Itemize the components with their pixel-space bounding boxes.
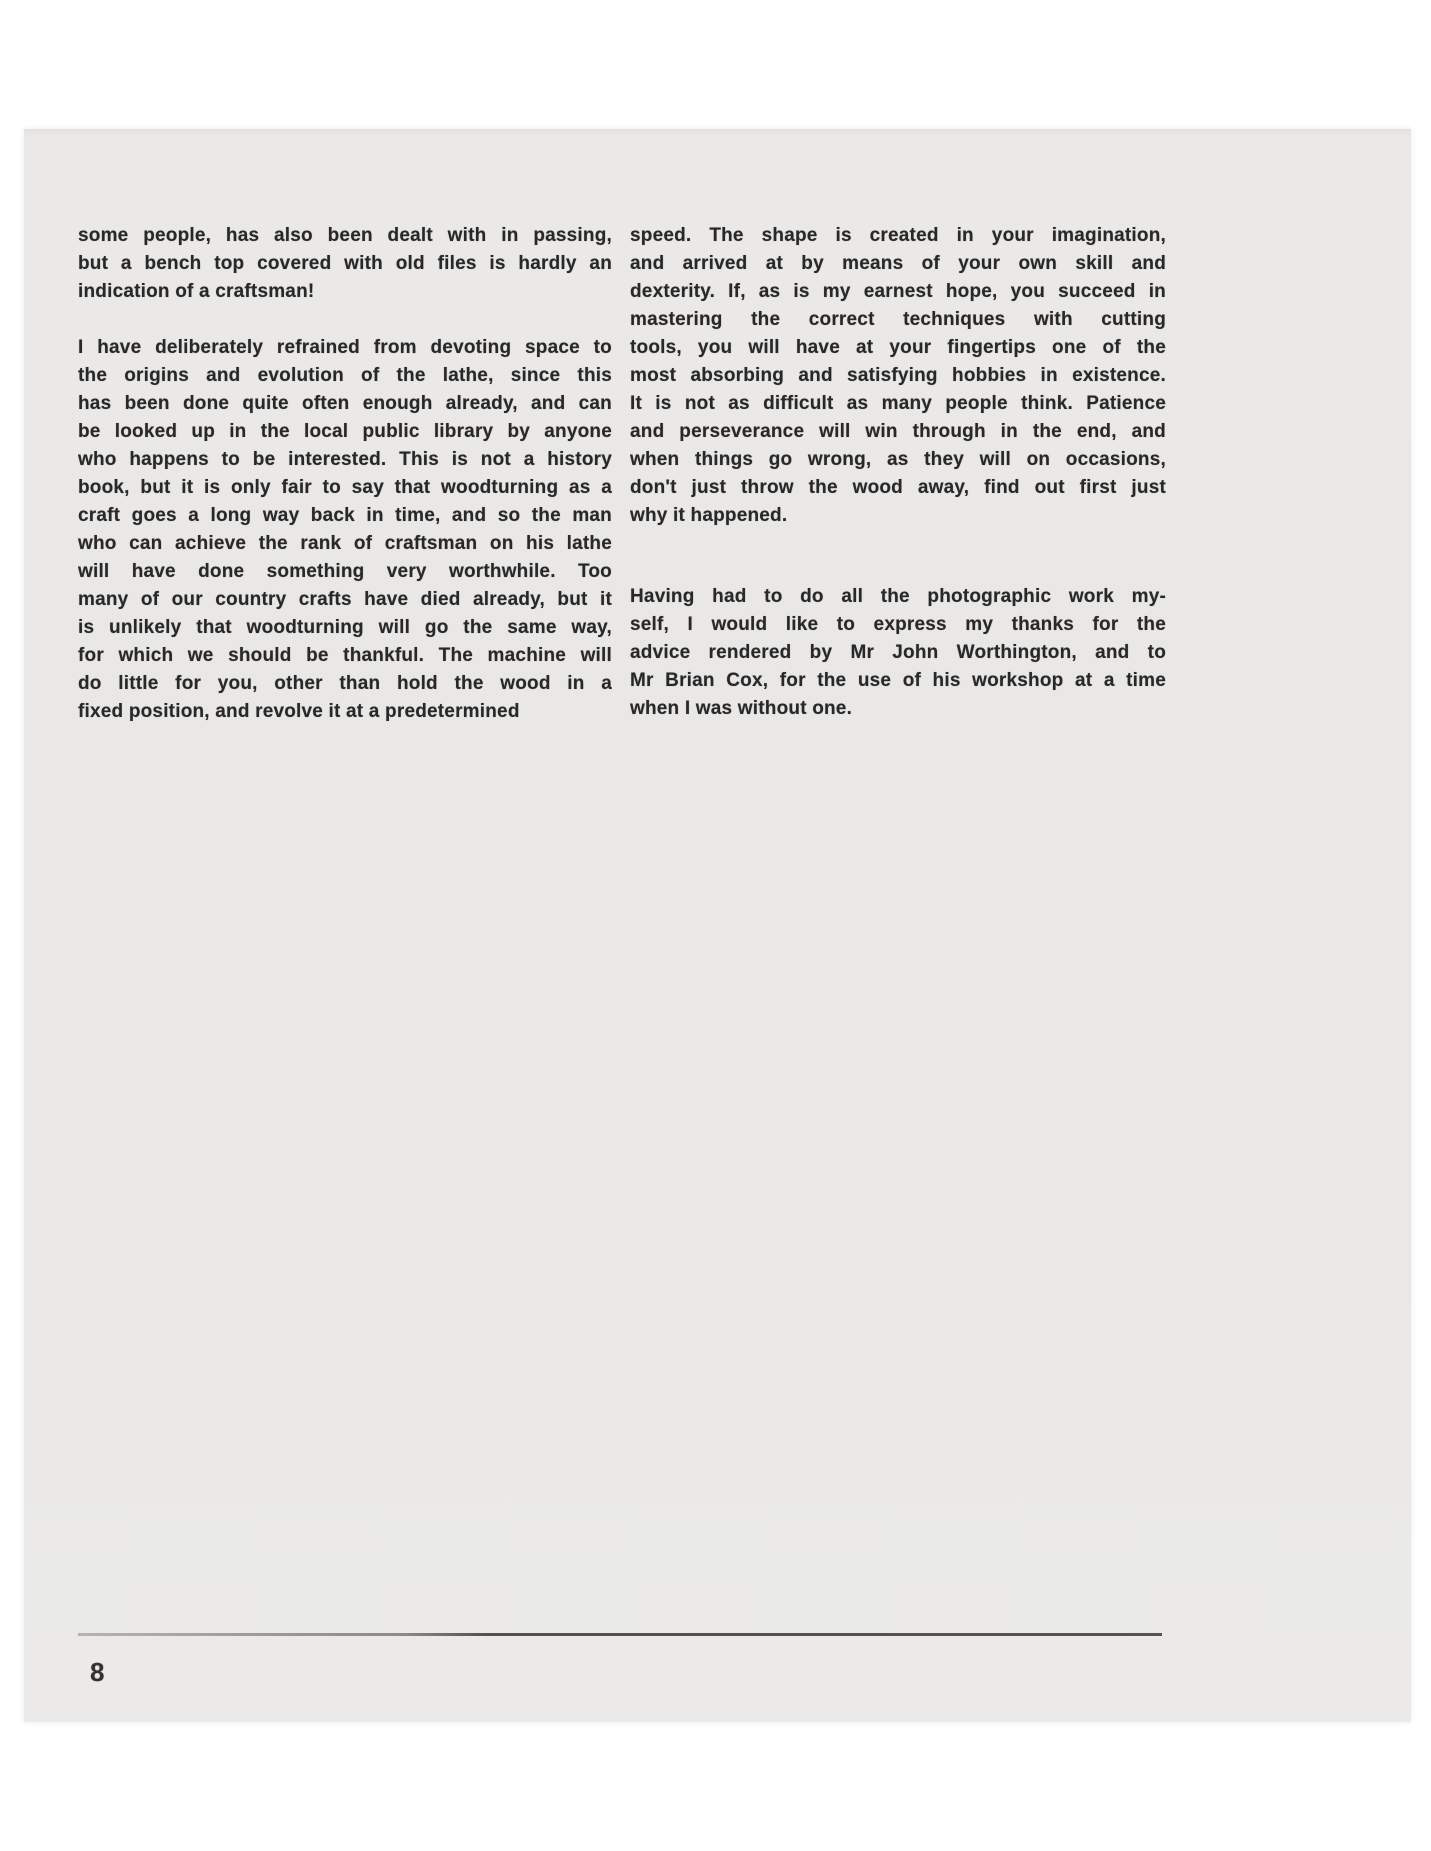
- text-line: and arrived at by means of your own skil…: [630, 250, 1166, 278]
- text-line: craft goes a long way back in time, and …: [78, 502, 612, 530]
- text-line: Having had to do all the photographic wo…: [630, 583, 1166, 611]
- text-line: be looked up in the local public library…: [78, 418, 612, 446]
- text-line: do little for you, other than hold the w…: [78, 670, 612, 698]
- text-line: when things go wrong, as they will on oc…: [630, 446, 1166, 474]
- text-line: many of our country crafts have died alr…: [78, 586, 612, 614]
- text-column-left: some people, has also been dealt with in…: [78, 222, 612, 726]
- text-line: speed. The shape is created in your imag…: [630, 222, 1166, 250]
- text-line: is unlikely that woodturning will go the…: [78, 614, 612, 642]
- page-number: 8: [90, 1657, 104, 1688]
- text-line: for which we should be thankful. The mac…: [78, 642, 612, 670]
- text-line: indication of a craftsman!: [78, 278, 612, 306]
- paragraph: speed. The shape is created in your imag…: [630, 222, 1166, 530]
- text-line: I have deliberately refrained from devot…: [78, 334, 612, 362]
- text-line: the origins and evolution of the lathe, …: [78, 362, 612, 390]
- book-page: some people, has also been dealt with in…: [24, 129, 1411, 1722]
- text-line: advice rendered by Mr John Worthington, …: [630, 639, 1166, 667]
- paragraph: I have deliberately refrained from devot…: [78, 334, 612, 726]
- scanned-book-page-background: some people, has also been dealt with in…: [0, 0, 1431, 1851]
- text-line: self, I would like to express my thanks …: [630, 611, 1166, 639]
- text-line: some people, has also been dealt with in…: [78, 222, 612, 250]
- text-line: fixed position, and revolve it at a pred…: [78, 698, 612, 726]
- text-line: will have done something very worthwhile…: [78, 558, 612, 586]
- text-line: and perseverance will win through in the…: [630, 418, 1166, 446]
- text-line: Mr Brian Cox, for the use of his worksho…: [630, 667, 1166, 695]
- text-line: but a bench top covered with old files i…: [78, 250, 612, 278]
- text-line: most absorbing and satisfying hobbies in…: [630, 362, 1166, 390]
- text-line: mastering the correct techniques with cu…: [630, 306, 1166, 334]
- text-line: why it happened.: [630, 502, 1166, 530]
- text-line: tools, you will have at your fingertips …: [630, 334, 1166, 362]
- text-line: don't just throw the wood away, find out…: [630, 474, 1166, 502]
- footer-rule: [78, 1633, 1162, 1636]
- paragraph: Having had to do all the photographic wo…: [630, 583, 1166, 723]
- text-line: dexterity. If, as is my earnest hope, yo…: [630, 278, 1166, 306]
- text-line: who happens to be interested. This is no…: [78, 446, 612, 474]
- text-line: when I was without one.: [630, 695, 1166, 723]
- text-line: It is not as difficult as many people th…: [630, 390, 1166, 418]
- text-line: who can achieve the rank of craftsman on…: [78, 530, 612, 558]
- paragraph: some people, has also been dealt with in…: [78, 222, 612, 306]
- text-line: book, but it is only fair to say that wo…: [78, 474, 612, 502]
- text-column-right: speed. The shape is created in your imag…: [630, 222, 1166, 723]
- text-line: has been done quite often enough already…: [78, 390, 612, 418]
